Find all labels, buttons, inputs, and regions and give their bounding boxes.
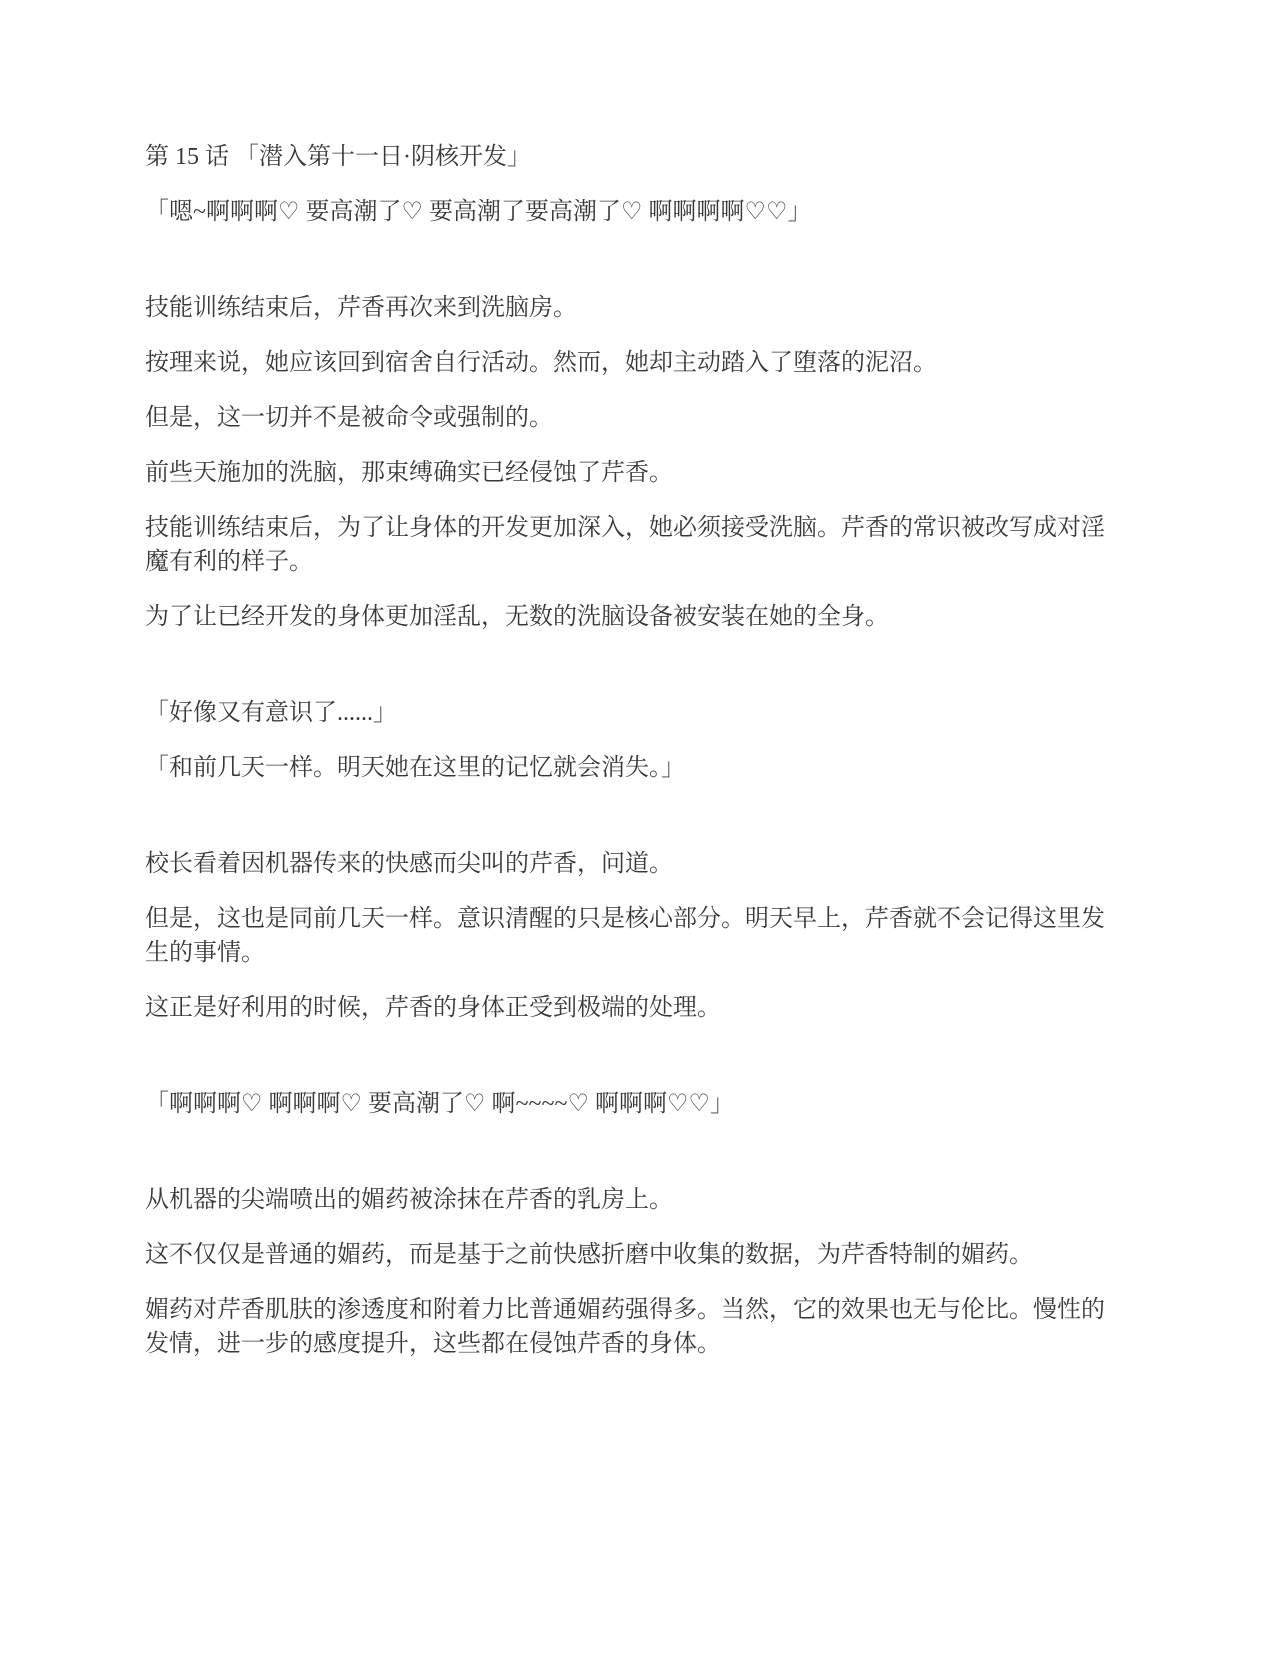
paragraph: 媚药对芹香肌肤的渗透度和附着力比普通媚药强得多。当然，它的效果也无与伦比。慢性的… bbox=[145, 1293, 1105, 1361]
paragraph: 前些天施加的洗脑，那束缚确实已经侵蚀了芹香。 bbox=[145, 456, 1105, 490]
document-page: 第 15 话 「潜入第十一日·阴核开发」 「嗯~啊啊啊♡ 要高潮了♡ 要高潮了要… bbox=[0, 0, 1280, 1656]
paragraph: 这不仅仅是普通的媚药，而是基于之前快感折磨中收集的数据，为芹香特制的媚药。 bbox=[145, 1238, 1105, 1272]
paragraph: 「啊啊啊♡ 啊啊啊♡ 要高潮了♡ 啊~~~~♡ 啊啊啊♡♡」 bbox=[145, 1087, 1105, 1121]
paragraph: 但是，这也是同前几天一样。意识清醒的只是核心部分。明天早上，芹香就不会记得这里发… bbox=[145, 902, 1105, 970]
paragraph: 「和前几天一样。明天她在这里的记忆就会消失。」 bbox=[145, 751, 1105, 785]
paragraph: 但是，这一切并不是被命令或强制的。 bbox=[145, 401, 1105, 435]
paragraph: 技能训练结束后，为了让身体的开发更加深入，她必须接受洗脑。芹香的常识被改写成对淫… bbox=[145, 511, 1105, 579]
paragraph: 技能训练结束后，芹香再次来到洗脑房。 bbox=[145, 291, 1105, 325]
paragraph: 按理来说，她应该回到宿舍自行活动。然而，她却主动踏入了堕落的泥沼。 bbox=[145, 346, 1105, 380]
document-body: 第 15 话 「潜入第十一日·阴核开发」 「嗯~啊啊啊♡ 要高潮了♡ 要高潮了要… bbox=[145, 140, 1105, 1361]
paragraph: 「嗯~啊啊啊♡ 要高潮了♡ 要高潮了要高潮了♡ 啊啊啊啊♡♡」 bbox=[145, 195, 1105, 229]
paragraph: 校长看着因机器传来的快感而尖叫的芹香，问道。 bbox=[145, 847, 1105, 881]
paragraph: 「好像又有意识了......」 bbox=[145, 696, 1105, 730]
paragraph-list: 「嗯~啊啊啊♡ 要高潮了♡ 要高潮了要高潮了♡ 啊啊啊啊♡♡」技能训练结束后，芹… bbox=[145, 195, 1105, 1361]
paragraph: 这正是好利用的时候，芹香的身体正受到极端的处理。 bbox=[145, 991, 1105, 1025]
paragraph: 从机器的尖端喷出的媚药被涂抹在芹香的乳房上。 bbox=[145, 1183, 1105, 1217]
paragraph: 为了让已经开发的身体更加淫乱，无数的洗脑设备被安装在她的全身。 bbox=[145, 600, 1105, 634]
chapter-title: 第 15 话 「潜入第十一日·阴核开发」 bbox=[145, 140, 1105, 174]
